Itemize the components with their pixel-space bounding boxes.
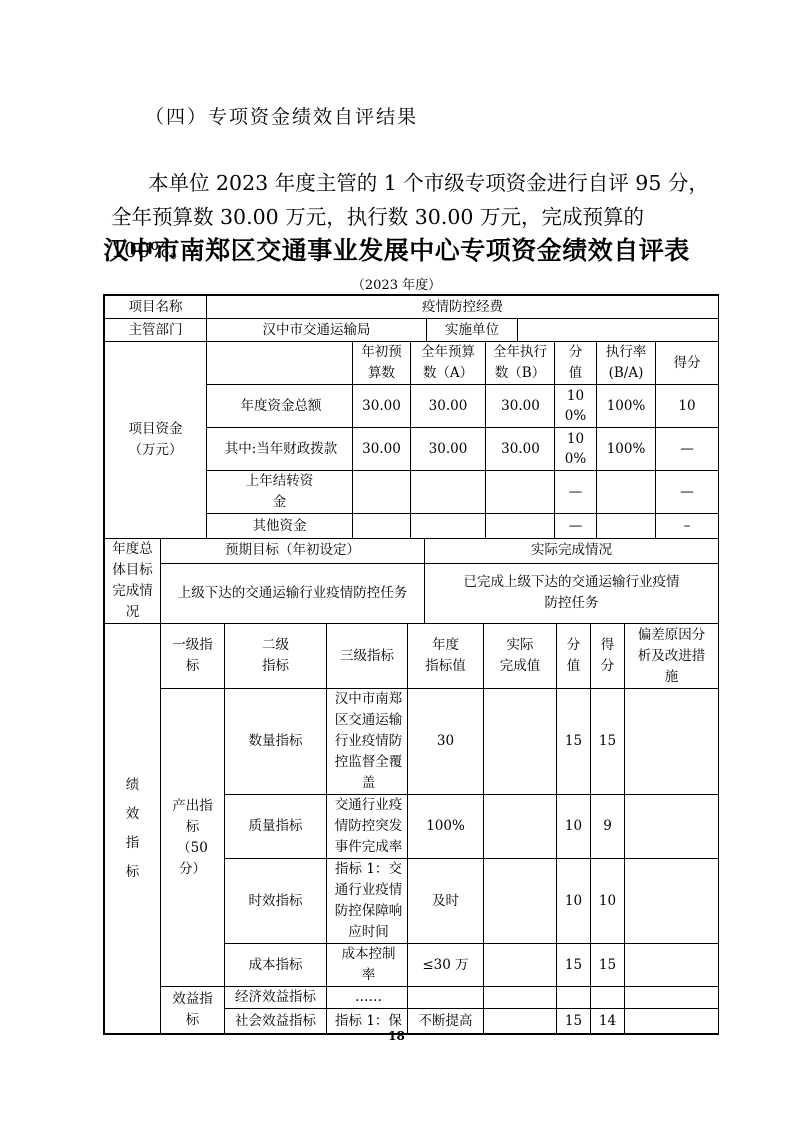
funds-rate xyxy=(597,471,656,514)
funds-rate: 100% xyxy=(597,385,656,428)
funds-row-label: 上年结转资 金 xyxy=(207,471,353,514)
header-level2: 二级 指标 xyxy=(225,624,327,689)
header-score: 得 分 xyxy=(591,624,625,689)
page-number: 18 xyxy=(0,1029,793,1043)
goal-section: 年度总体目标完成情况 预期目标（年初设定） 实际完成情况 上级下达的交通运输行业… xyxy=(104,538,719,624)
funds-weight: 100% xyxy=(555,385,597,428)
funds-header-weight: 分 值 xyxy=(555,342,597,385)
level2-label: 数量指标 xyxy=(225,689,327,795)
funds-sublabel-header xyxy=(207,342,353,385)
funds-initial: 30.00 xyxy=(353,385,411,428)
funds-score: – xyxy=(656,514,719,539)
goal-actual-text: 已完成上级下达的交通运输行业疫情 防控任务 xyxy=(425,563,719,623)
funds-initial: 30.00 xyxy=(353,428,411,471)
weight-value: 10 xyxy=(557,859,591,944)
dept-value: 汉中市交通运输局 xyxy=(207,319,427,342)
table-subtitle: （2023 年度） xyxy=(0,274,793,293)
funds-section: 项目资金 （万元） 年初预 算数 全年预算 数（A） 全年执行 数（B） 分 值… xyxy=(104,341,719,539)
funds-executed: 30.00 xyxy=(486,428,555,471)
funds-budget: 30.00 xyxy=(411,428,486,471)
header-actual: 实际 完成值 xyxy=(484,624,557,689)
funds-initial xyxy=(353,471,411,514)
target-value: 及时 xyxy=(408,859,484,944)
level3-text: 汉中市南郑区交通运输行业疫情防控监督全覆盖 xyxy=(327,689,408,795)
level1-benefit-indicators: 效益指 标 xyxy=(161,987,225,1034)
funds-row-label: 其他资金 xyxy=(207,514,353,539)
funds-score: — xyxy=(656,428,719,471)
score-value: 15 xyxy=(591,689,625,795)
funds-rate: 100% xyxy=(597,428,656,471)
goal-section-label: 年度总体目标完成情况 xyxy=(105,539,161,624)
funds-header-initial: 年初预 算数 xyxy=(353,342,411,385)
level2-label: 时效指标 xyxy=(225,859,327,944)
document-page: （四）专项资金绩效自评结果 本单位 2023 年度主管的 1 个市级专项资金进行… xyxy=(0,0,793,1122)
header-level1: 一级指 标 xyxy=(161,624,225,689)
table-row: 效益指 标 经济效益指标 …… xyxy=(105,987,719,1009)
weight-value: 10 xyxy=(557,795,591,859)
funds-executed xyxy=(486,514,555,539)
level2-label: 成本指标 xyxy=(225,944,327,987)
actual-value xyxy=(484,944,557,987)
actual-value xyxy=(484,859,557,944)
level3-text: 指标 1：交通行业疫情防控保障响应时间 xyxy=(327,859,408,944)
score-value: 9 xyxy=(591,795,625,859)
header-target: 年度 指标值 xyxy=(408,624,484,689)
target-value: 100% xyxy=(408,795,484,859)
target-value: ≤30 万 xyxy=(408,944,484,987)
target-value: 30 xyxy=(408,689,484,795)
funds-budget xyxy=(411,514,486,539)
funds-score: 10 xyxy=(656,385,719,428)
funds-section-label: 项目资金 （万元） xyxy=(105,342,207,539)
funds-row-label: 年度资金总额 xyxy=(207,385,353,428)
level2-label: 质量指标 xyxy=(225,795,327,859)
funds-header-budget: 全年预算 数（A） xyxy=(411,342,486,385)
funds-budget xyxy=(411,471,486,514)
header-weight: 分 值 xyxy=(557,624,591,689)
score-value: 15 xyxy=(591,944,625,987)
funds-header-executed: 全年执行 数（B） xyxy=(486,342,555,385)
score-value: 10 xyxy=(591,859,625,944)
funds-rate xyxy=(597,514,656,539)
funds-row-label: 其中:当年财政拨款 xyxy=(207,428,353,471)
header-level3: 三级指标 xyxy=(327,624,408,689)
deviation-cell xyxy=(625,795,719,859)
level3-text: …… xyxy=(327,987,408,1009)
impl-unit-label: 实施单位 xyxy=(427,319,518,342)
funds-budget: 30.00 xyxy=(411,385,486,428)
level3-text: 交通行业疫情防控突发事件完成率 xyxy=(327,795,408,859)
impl-unit-value xyxy=(518,319,719,342)
deviation-cell xyxy=(625,987,719,1009)
header-deviation: 偏差原因分 析及改进措 施 xyxy=(625,624,719,689)
goal-actual-header: 实际完成情况 xyxy=(425,539,719,564)
table-row: 产出指 标 （50 分） 数量指标 汉中市南郑区交通运输行业疫情防控监督全覆盖 … xyxy=(105,689,719,795)
deviation-cell xyxy=(625,689,719,795)
actual-value xyxy=(484,987,557,1009)
funds-score: — xyxy=(656,471,719,514)
funds-weight: 100% xyxy=(555,428,597,471)
funds-executed xyxy=(486,471,555,514)
funds-header-rate: 执行率 (B/A) xyxy=(597,342,656,385)
goal-expected-text: 上级下达的交通运输行业疫情防控任务 xyxy=(161,563,425,623)
indicators-section-label: 绩效指标 xyxy=(105,624,161,1034)
weight-value xyxy=(557,987,591,1009)
deviation-cell xyxy=(625,944,719,987)
funds-weight: — xyxy=(555,514,597,539)
weight-value: 15 xyxy=(557,689,591,795)
self-evaluation-table: 项目名称 疫情防控经费 主管部门 汉中市交通运输局 实施单位 项目资金 （万元）… xyxy=(103,294,719,1035)
actual-value xyxy=(484,795,557,859)
project-name-label: 项目名称 xyxy=(105,296,207,319)
funds-header-score: 得分 xyxy=(656,342,719,385)
actual-value xyxy=(484,689,557,795)
funds-weight: — xyxy=(555,471,597,514)
dept-label: 主管部门 xyxy=(105,319,207,342)
goal-expected-header: 预期目标（年初设定） xyxy=(161,539,425,564)
weight-value: 15 xyxy=(557,944,591,987)
indicators-section-label-text: 绩效指标 xyxy=(125,771,140,887)
summary-line-1: 本单位 2023 年度主管的 1 个市级专项资金进行自评 95 分， xyxy=(111,167,711,201)
deviation-cell xyxy=(625,859,719,944)
score-value xyxy=(591,987,625,1009)
level3-text: 成本控制 率 xyxy=(327,944,408,987)
table-title: 汉中市南郑区交通事业发展中心专项资金绩效自评表 xyxy=(0,231,793,267)
project-name-value: 疫情防控经费 xyxy=(207,296,719,319)
indicators-section: 绩效指标 一级指 标 二级 指标 三级指标 年度 指标值 实际 完成值 分 值 … xyxy=(104,623,719,1034)
info-section: 项目名称 疫情防控经费 主管部门 汉中市交通运输局 实施单位 xyxy=(104,295,719,342)
funds-initial xyxy=(353,514,411,539)
target-value xyxy=(408,987,484,1009)
section-heading: （四）专项资金绩效自评结果 xyxy=(145,102,418,129)
level1-output-indicators: 产出指 标 （50 分） xyxy=(161,689,225,987)
funds-executed: 30.00 xyxy=(486,385,555,428)
level2-label: 经济效益指标 xyxy=(225,987,327,1009)
